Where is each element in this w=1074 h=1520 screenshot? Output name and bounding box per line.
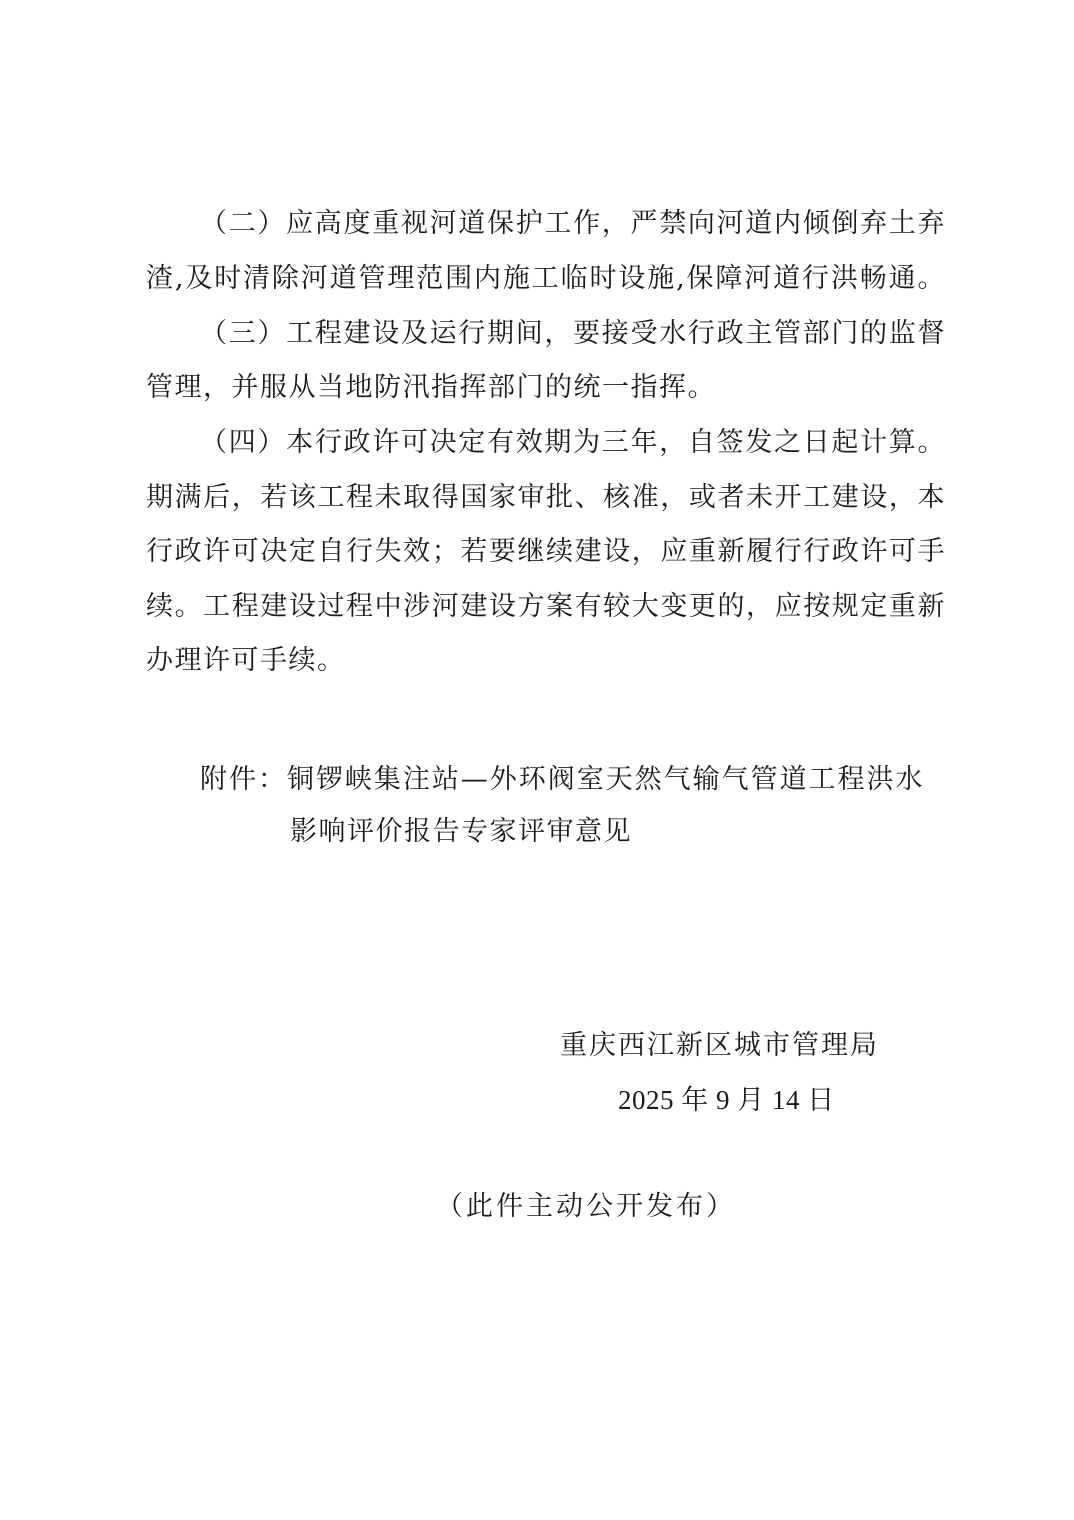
issuer-name: 重庆西江新区城市管理局 — [560, 1026, 880, 1066]
issue-date: 2025 年 9 月 14 日 — [618, 1080, 878, 1120]
clause-4-line-4: 续。工程建设过程中涉河建设方案有较大变更的，应按规定重新 — [146, 587, 946, 627]
clause-4-line-3: 行政许可决定自行失效；若要继续建设，应重新履行行政许可手 — [146, 532, 946, 572]
clause-4-line-1: （四）本行政许可决定有效期为三年，自签发之日起计算。 — [200, 423, 946, 463]
attachment-title-line-1: 附件：铜锣峡集注站—外环阀室天然气输气管道工程洪水 — [200, 760, 924, 800]
clause-2-line-1: （二）应高度重视河道保护工作，严禁向河道内倾倒弃土弃 — [200, 204, 946, 244]
clause-3-line-1: （三）工程建设及运行期间，要接受水行政主管部门的监督 — [200, 314, 946, 354]
disclosure-note: （此件主动公开发布） — [436, 1187, 736, 1227]
attachment-title-line-2: 影响评价报告专家评审意见 — [290, 812, 930, 852]
clause-2-line-2: 渣,及时清除河道管理范围内施工临时设施,保障河道行洪畅通。 — [146, 259, 946, 299]
clause-4-line-5: 办理许可手续。 — [146, 641, 946, 681]
clause-4-line-2: 期满后，若该工程未取得国家审批、核准，或者未开工建设，本 — [146, 478, 946, 518]
clause-3-line-2: 管理，并服从当地防汛指挥部门的统一指挥。 — [146, 368, 946, 408]
